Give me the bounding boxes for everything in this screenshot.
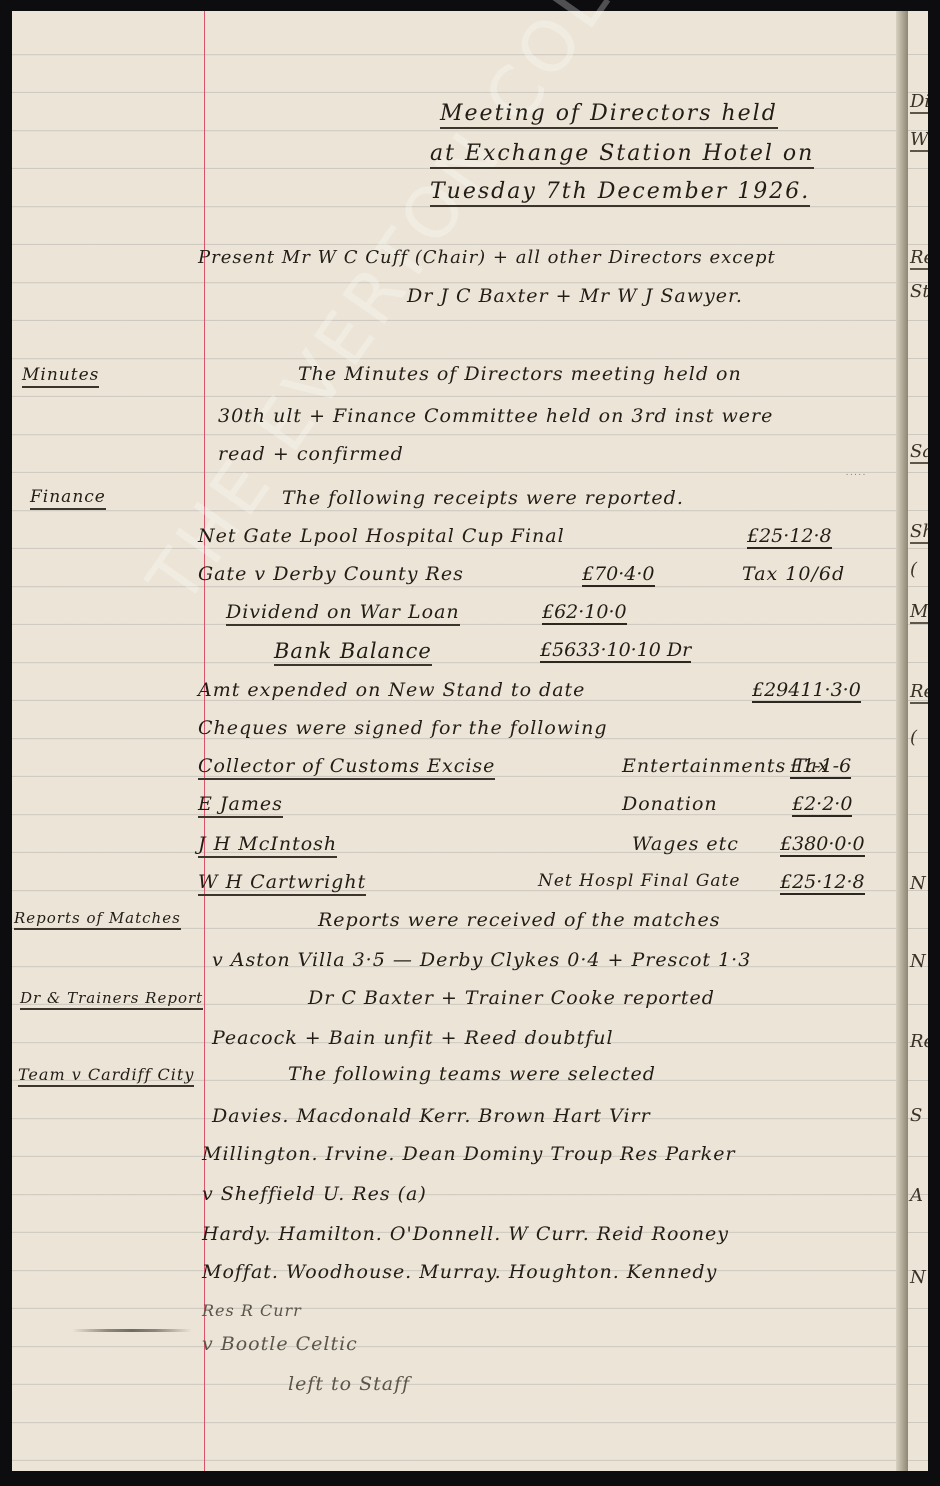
new-stand-label: Amt expended on New Stand to date <box>198 679 585 701</box>
reports-line-1: Reports were received of the matches <box>318 909 721 931</box>
cheque-2-amount: £2·2·0 <box>792 793 852 817</box>
facing-fragment: ( <box>910 559 917 580</box>
facing-fragment: W <box>910 129 928 152</box>
facing-fragment: ( <box>910 727 917 748</box>
heading-line-1: Meeting of Directors held <box>440 101 778 129</box>
cheque-4-purpose: Net Hospl Final Gate <box>538 871 740 891</box>
facing-fragment: Di <box>910 91 928 114</box>
receipt-2-tax: Tax 10/6d <box>742 563 845 585</box>
receipt-1-label: Net Gate Lpool Hospital Cup Final <box>198 525 565 547</box>
margin-label-finance: Finance <box>30 487 106 510</box>
cheque-4-amount: £25·12·8 <box>780 871 865 895</box>
ledger-page: THE EVERTON COLLECTION · CHARITABLE TRUS… <box>12 11 896 1471</box>
facing-fragment: Re <box>910 247 928 270</box>
cheque-2-purpose: Donation <box>622 793 718 815</box>
cheque-3-purpose: Wages etc <box>632 833 739 855</box>
cheque-2-payee: E James <box>198 793 283 818</box>
team-line-2: Davies. Macdonald Kerr. Brown Hart Virr <box>212 1105 651 1127</box>
cheque-1-payee: Collector of Customs Excise <box>198 755 495 780</box>
heading-line-3: Tuesday 7th December 1926. <box>430 179 810 207</box>
page-stamp: ····· <box>845 471 866 479</box>
margin-label-reports: Reports of Matches <box>14 909 181 930</box>
team-line-9: left to Staff <box>288 1373 410 1395</box>
team-line-4: v Sheffield U. Res (a) <box>202 1183 427 1205</box>
facing-fragment: St <box>910 281 928 302</box>
receipt-2-amount: £70·4·0 <box>582 563 655 587</box>
cheque-4-payee: W H Cartwright <box>198 871 366 896</box>
margin-label-dr-trainers: Dr & Trainers Report <box>20 989 203 1010</box>
team-line-1: The following teams were selected <box>288 1063 656 1085</box>
dr-report-line-2: Peacock + Bain unfit + Reed doubtful <box>212 1027 614 1049</box>
heading-line-2: at Exchange Station Hotel on <box>430 141 814 169</box>
red-margin-rule <box>204 11 205 1471</box>
facing-fragment: S <box>910 1105 922 1126</box>
team-line-6: Moffat. Woodhouse. Murray. Houghton. Ken… <box>202 1261 717 1283</box>
receipt-3-amount: £62·10·0 <box>542 601 627 625</box>
facing-fragment: Re <box>910 1031 928 1052</box>
receipt-3-label: Dividend on War Loan <box>226 601 460 626</box>
bank-balance-label: Bank Balance <box>274 639 432 666</box>
receipt-2-label: Gate v Derby County Res <box>198 563 464 585</box>
facing-fragment: Sh <box>910 521 928 544</box>
minutes-line-1: The Minutes of Directors meeting held on <box>298 363 742 385</box>
team-line-3: Millington. Irvine. Dean Dominy Troup Re… <box>202 1143 736 1165</box>
new-stand-amount: £29411·3·0 <box>752 679 861 703</box>
margin-label-minutes: Minutes <box>22 365 99 388</box>
cheque-3-amount: £380·0·0 <box>780 833 865 857</box>
cheque-1-amount: £1-1-6 <box>790 755 851 779</box>
margin-label-team: Team v Cardiff City <box>18 1065 194 1087</box>
finance-line-1: The following receipts were reported. <box>282 487 684 509</box>
facing-fragment: N <box>910 1267 926 1288</box>
receipt-1-amount: £25·12·8 <box>747 525 832 549</box>
bank-balance-amount: £5633·10·10 Dr <box>540 639 691 663</box>
minutes-line-2: 30th ult + Finance Committee held on 3rd… <box>218 405 773 427</box>
facing-fragment: Re <box>910 681 928 704</box>
minutes-line-3: read + confirmed <box>218 443 404 465</box>
team-line-8: v Bootle Celtic <box>202 1333 358 1355</box>
ink-smudge <box>72 1329 192 1332</box>
facing-fragment: N <box>910 951 926 972</box>
dr-report-line-1: Dr C Baxter + Trainer Cooke reported <box>308 987 715 1009</box>
cheques-intro: Cheques were signed for the following <box>198 717 608 739</box>
present-line-1: Present Mr W C Cuff (Chair) + all other … <box>198 247 776 268</box>
facing-fragment: Sa <box>910 441 928 464</box>
reports-line-2: v Aston Villa 3·5 — Derby Clykes 0·4 + P… <box>212 949 751 971</box>
facing-fragment: A <box>910 1185 923 1206</box>
cheque-3-payee: J H McIntosh <box>198 833 337 858</box>
facing-fragment: N <box>910 873 926 894</box>
facing-fragment: M <box>910 601 928 624</box>
team-line-5: Hardy. Hamilton. O'Donnell. W Curr. Reid… <box>202 1223 729 1245</box>
book-gutter <box>896 11 908 1471</box>
team-line-7: Res R Curr <box>202 1301 302 1320</box>
present-line-2: Dr J C Baxter + Mr W J Sawyer. <box>407 285 743 307</box>
facing-page-edge: Di W Re St Sa Sh ( M Re ( N N Re S A N <box>908 11 928 1471</box>
